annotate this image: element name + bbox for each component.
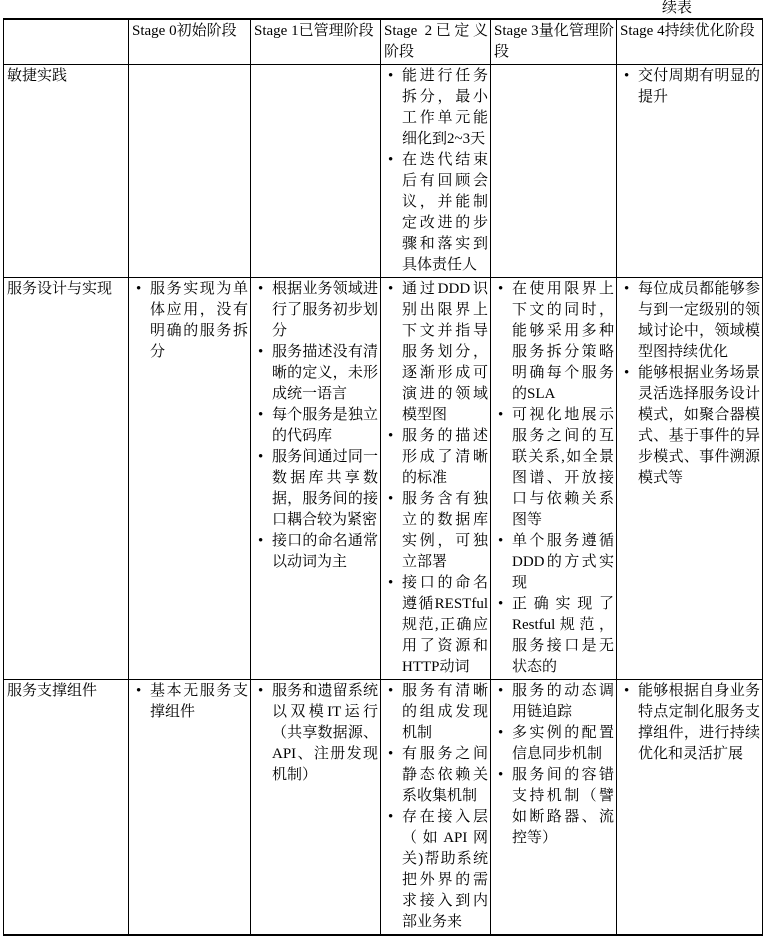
cell-stage1: 根据业务领域进行了服务初步划分服务描述没有清晰的定义，未形成统一语言每个服务是独… [251, 278, 381, 680]
bullet-item: 根据业务领域进行了服务初步划分 [255, 279, 378, 342]
bullet-list: 交付周期有明显的提升 [620, 66, 760, 108]
header-cell-stage2: Stage 2已定义阶段 [381, 19, 491, 65]
cell-stage4: 每位成员都能够参与到一定级别的领域讨论中，领域模型图持续优化能够根据业务场景灵活… [617, 278, 763, 680]
header-cell-stage3: Stage 3量化管理阶段 [491, 19, 617, 65]
cell-stage3: 服务的动态调用链追踪多实例的配置信息同步机制服务间的容错支持机制（譬如断路器、流… [491, 680, 617, 936]
bullet-list: 通过DDD识别出限界上下文并指导服务划分，逐渐形成可演进的领域模型图服务的描述形… [384, 279, 488, 678]
cell-stage1 [251, 65, 381, 278]
cell-stage2: 服务有清晰的组成发现机制有服务之间静态依赖关系收集机制存在接入层（如API网关)… [381, 680, 491, 936]
cell-stage2: 能进行任务拆分，最小工作单元能细化到2~3天在迭代结束后有回顾会议，并能制定改进… [381, 65, 491, 278]
bullet-item: 服务间通过同一数据库共享数据，服务间的接口耦合较为紧密 [255, 447, 378, 531]
bullet-item: 服务的动态调用链追踪 [495, 681, 614, 723]
cell-stage3: 在使用限界上下文的同时，能够采用多种服务拆分策略明确每个服务的SLA可视化地展示… [491, 278, 617, 680]
cell-stage4: 交付周期有明显的提升 [617, 65, 763, 278]
bullet-item: 能够根据自身业务特点定制化服务支撑组件，进行持续优化和灵活扩展 [621, 681, 760, 765]
bullet-item: 基本无服务支撑组件 [133, 681, 248, 723]
header-row: Stage 0初始阶段 Stage 1已管理阶段 Stage 2已定义阶段 St… [4, 19, 763, 65]
bullet-list: 根据业务领域进行了服务初步划分服务描述没有清晰的定义，未形成统一语言每个服务是独… [254, 279, 378, 573]
bullet-item: 可视化地展示服务之间的互联关系,如全景图谱、开放接口与依赖关系图等 [495, 405, 614, 531]
bullet-item: 服务有清晰的组成发现机制 [385, 681, 488, 744]
bullet-list: 能进行任务拆分，最小工作单元能细化到2~3天在迭代结束后有回顾会议，并能制定改进… [384, 66, 488, 276]
maturity-table: Stage 0初始阶段 Stage 1已管理阶段 Stage 2已定义阶段 St… [3, 18, 763, 936]
cell-stage1: 服务和遗留系统以双模IT运行（共享数据源、API、注册发现机制） [251, 680, 381, 936]
bullet-item: 多实例的配置信息同步机制 [495, 723, 614, 765]
bullet-list: 每位成员都能够参与到一定级别的领域讨论中，领域模型图持续优化能够根据业务场景灵活… [620, 279, 760, 489]
cell-stage3 [491, 65, 617, 278]
bullet-item: 能够根据业务场景灵活选择服务设计模式，如聚合器模式、基于事件的异步模式、事件溯源… [621, 363, 760, 489]
bullet-list: 在使用限界上下文的同时，能够采用多种服务拆分策略明确每个服务的SLA可视化地展示… [494, 279, 614, 678]
bullet-item: 服务间的容错支持机制（譬如断路器、流控等） [495, 765, 614, 849]
bullet-item: 单个服务遵循DDD的方式实现 [495, 531, 614, 594]
bullet-item: 通过DDD识别出限界上下文并指导服务划分，逐渐形成可演进的领域模型图 [385, 279, 488, 426]
bullet-item: 交付周期有明显的提升 [621, 66, 760, 108]
bullet-list: 服务实现为单体应用，没有明确的服务拆分 [132, 279, 248, 363]
bullet-item: 每位成员都能够参与到一定级别的领域讨论中，领域模型图持续优化 [621, 279, 760, 363]
cell-stage2: 通过DDD识别出限界上下文并指导服务划分，逐渐形成可演进的领域模型图服务的描述形… [381, 278, 491, 680]
bullet-item: 接口的命名通常以动词为主 [255, 531, 378, 573]
header-cell-stage0: Stage 0初始阶段 [129, 19, 251, 65]
cell-stage0 [129, 65, 251, 278]
cell-stage0: 服务实现为单体应用，没有明确的服务拆分 [129, 278, 251, 680]
table-row-service-support: 服务支撑组件 基本无服务支撑组件 服务和遗留系统以双模IT运行（共享数据源、AP… [4, 680, 763, 936]
row-label: 服务支撑组件 [4, 680, 129, 936]
bullet-item: 每个服务是独立的代码库 [255, 405, 378, 447]
bullet-item: 服务实现为单体应用，没有明确的服务拆分 [133, 279, 248, 363]
cell-stage4: 能够根据自身业务特点定制化服务支撑组件，进行持续优化和灵活扩展 [617, 680, 763, 936]
bullet-list: 服务的动态调用链追踪多实例的配置信息同步机制服务间的容错支持机制（譬如断路器、流… [494, 681, 614, 849]
bullet-item: 在使用限界上下文的同时，能够采用多种服务拆分策略明确每个服务的SLA [495, 279, 614, 405]
bullet-item: 服务含有独立的数据库实例，可独立部署 [385, 489, 488, 573]
bullet-item: 能进行任务拆分，最小工作单元能细化到2~3天 [385, 66, 488, 150]
table-row-service-design: 服务设计与实现 服务实现为单体应用，没有明确的服务拆分 根据业务领域进行了服务初… [4, 278, 763, 680]
bullet-list: 服务有清晰的组成发现机制有服务之间静态依赖关系收集机制存在接入层（如API网关)… [384, 681, 488, 933]
bullet-list: 基本无服务支撑组件 [132, 681, 248, 723]
row-label: 敏捷实践 [4, 65, 129, 278]
bullet-item: 存在接入层（如API网关)帮助系统把外界的需求接入到内部业务来 [385, 807, 488, 933]
bullet-item: 服务描述没有清晰的定义，未形成统一语言 [255, 342, 378, 405]
row-label: 服务设计与实现 [4, 278, 129, 680]
bullet-item: 在迭代结束后有回顾会议，并能制定改进的步骤和落实到具体责任人 [385, 150, 488, 276]
continued-table-label: 续表 [662, 0, 692, 16]
header-cell-blank [4, 19, 129, 65]
bullet-item: 服务的描述形成了清晰的标准 [385, 426, 488, 489]
bullet-item: 正确实现了Restful规范，服务接口是无状态的 [495, 594, 614, 678]
bullet-item: 服务和遗留系统以双模IT运行（共享数据源、API、注册发现机制） [255, 681, 378, 786]
table-row-agile-practice: 敏捷实践 能进行任务拆分，最小工作单元能细化到2~3天在迭代结束后有回顾会议，并… [4, 65, 763, 278]
bullet-item: 有服务之间静态依赖关系收集机制 [385, 744, 488, 807]
header-cell-stage4: Stage 4持续优化阶段 [617, 19, 763, 65]
header-cell-stage1: Stage 1已管理阶段 [251, 19, 381, 65]
bullet-list: 服务和遗留系统以双模IT运行（共享数据源、API、注册发现机制） [254, 681, 378, 786]
cell-stage0: 基本无服务支撑组件 [129, 680, 251, 936]
bullet-item: 接口的命名遵循RESTful规范,正确应用了资源和HTTP动词 [385, 573, 488, 678]
bullet-list: 能够根据自身业务特点定制化服务支撑组件，进行持续优化和灵活扩展 [620, 681, 760, 765]
